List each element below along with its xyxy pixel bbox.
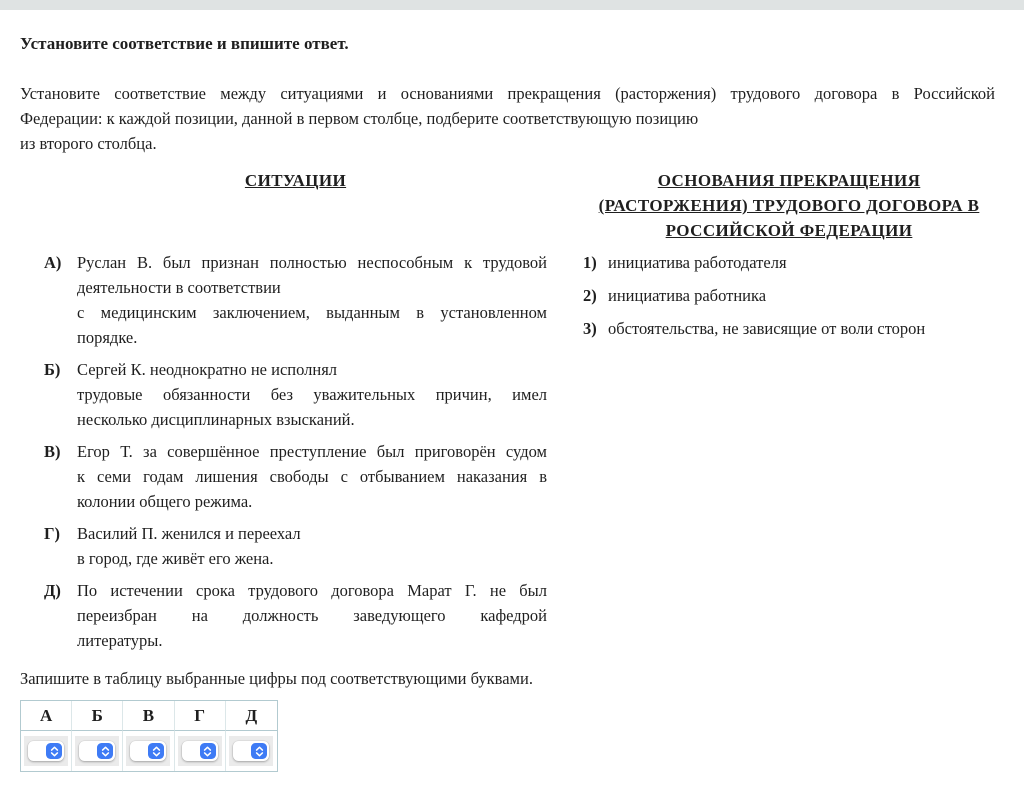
answer-cell-d: [226, 731, 277, 771]
select-field: [79, 741, 115, 761]
answer-select-row: [21, 731, 277, 771]
ground-label-1: 1): [583, 250, 608, 275]
select-field: [130, 741, 166, 761]
task-description: Установите соответствие между ситуациями…: [20, 81, 995, 156]
answer-column-b: Б: [72, 701, 123, 731]
situation-item-v: В) Егор Т. за совершённое преступление б…: [44, 439, 547, 514]
ground-label-2: 2): [583, 283, 608, 308]
answer-cell-g: [175, 731, 226, 771]
ground-item-2: 2) инициатива работника: [583, 283, 995, 308]
ground-item-3: 3) обстоятельства, не зависящие от воли …: [583, 316, 995, 341]
answer-column-d: Д: [226, 701, 277, 731]
top-bar: [0, 0, 1024, 10]
answer-column-g: Г: [175, 701, 226, 731]
situation-item-g: Г) Василий П. женился и переехалв город,…: [44, 521, 547, 571]
situation-text-v: Егор Т. за совершённое преступление был …: [77, 439, 547, 514]
answer-select-g[interactable]: [178, 736, 222, 766]
answer-select-d[interactable]: [229, 736, 273, 766]
matching-columns: СИТУАЦИИ А) Руслан В. был признан полнос…: [20, 168, 995, 653]
select-field: [233, 741, 269, 761]
situations-header: СИТУАЦИИ: [44, 168, 547, 250]
situation-label-a: А): [44, 250, 77, 350]
select-field: [28, 741, 64, 761]
answer-select-a[interactable]: [24, 736, 68, 766]
answer-instruction: Запишите в таблицу выбранные цифры под с…: [20, 666, 995, 691]
answer-select-v[interactable]: [126, 736, 170, 766]
select-field: [182, 741, 218, 761]
answer-table: А Б В Г Д: [20, 700, 278, 772]
situation-text-a: Руслан В. был признан полностью неспособ…: [77, 250, 547, 350]
task-heading: Установите соответствие и впишите ответ.: [20, 31, 995, 56]
answer-cell-v: [123, 731, 174, 771]
stepper-icon: [148, 743, 164, 759]
situation-text-g: Василий П. женился и переехалв город, гд…: [77, 521, 547, 571]
answer-select-b[interactable]: [75, 736, 119, 766]
situation-item-a: А) Руслан В. был признан полностью неспо…: [44, 250, 547, 350]
stepper-icon: [200, 743, 216, 759]
situation-label-v: В): [44, 439, 77, 514]
situation-label-b: Б): [44, 357, 77, 432]
stepper-icon: [46, 743, 62, 759]
situation-label-d: Д): [44, 578, 77, 653]
situations-column: СИТУАЦИИ А) Руслан В. был признан полнос…: [44, 168, 547, 653]
situation-item-b: Б) Сергей К. неоднократно не исполнялтру…: [44, 357, 547, 432]
situation-label-g: Г): [44, 521, 77, 571]
stepper-icon: [97, 743, 113, 759]
answer-header-row: А Б В Г Д: [21, 701, 277, 731]
situation-item-d: Д) По истечении срока трудового договора…: [44, 578, 547, 653]
situation-text-d: По истечении срока трудового договора Ма…: [77, 578, 547, 653]
grounds-header: ОСНОВАНИЯ ПРЕКРАЩЕНИЯ(РАСТОРЖЕНИЯ) ТРУДО…: [583, 168, 995, 250]
situation-text-b: Сергей К. неоднократно не исполнялтрудов…: [77, 357, 547, 432]
ground-item-1: 1) инициатива работодателя: [583, 250, 995, 275]
answer-column-a: А: [21, 701, 72, 731]
grounds-column: ОСНОВАНИЯ ПРЕКРАЩЕНИЯ(РАСТОРЖЕНИЯ) ТРУДО…: [583, 168, 995, 653]
ground-text-1: инициатива работодателя: [608, 250, 787, 275]
answer-cell-a: [21, 731, 72, 771]
ground-text-3: обстоятельства, не зависящие от воли сто…: [608, 316, 925, 341]
quiz-page: Установите соответствие и впишите ответ.…: [0, 31, 1024, 772]
answer-column-v: В: [123, 701, 174, 731]
ground-text-2: инициатива работника: [608, 283, 766, 308]
stepper-icon: [251, 743, 267, 759]
ground-label-3: 3): [583, 316, 608, 341]
answer-cell-b: [72, 731, 123, 771]
